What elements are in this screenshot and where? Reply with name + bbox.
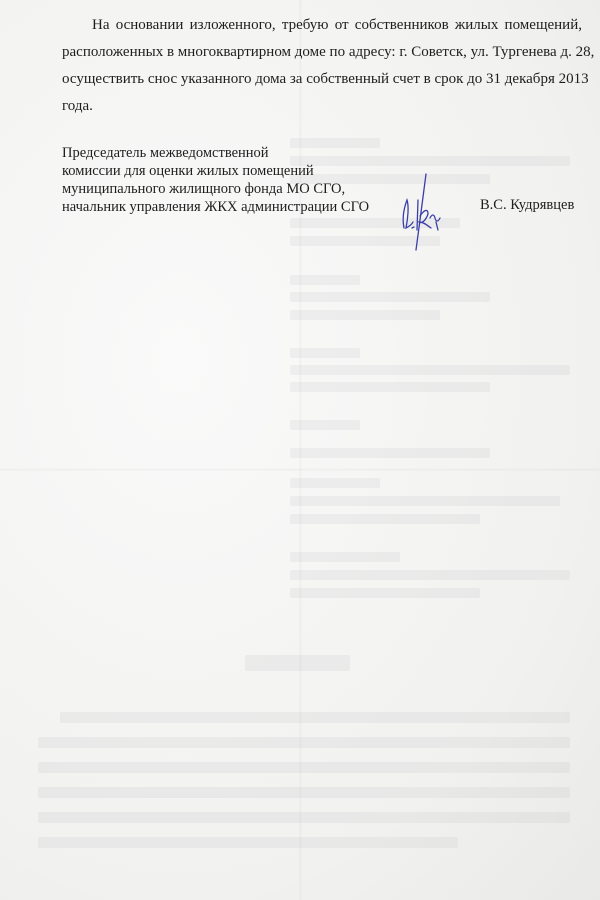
paragraph-line: года.: [62, 93, 582, 120]
signatory-title: Председатель межведомственной комиссии д…: [62, 144, 369, 216]
paragraph-line: осуществить снос указанного дома за собс…: [62, 66, 582, 93]
signatory-title-line: муниципального жилищного фонда МО СГО,: [62, 180, 369, 198]
paragraph-line: расположенных в многоквартирном доме по …: [62, 39, 582, 66]
signatory-title-line: комиссии для оценки жилых помещений: [62, 162, 369, 180]
paragraph-line: На основании изложенного, требую от собс…: [62, 12, 582, 39]
demand-paragraph: На основании изложенного, требую от собс…: [62, 12, 582, 120]
signatory-title-line: начальник управления ЖКХ администрации С…: [62, 198, 369, 216]
signer-name: В.С. Кудрявцев: [480, 197, 574, 214]
handwritten-signature: [398, 170, 444, 252]
signatory-title-line: Председатель межведомственной: [62, 144, 369, 162]
